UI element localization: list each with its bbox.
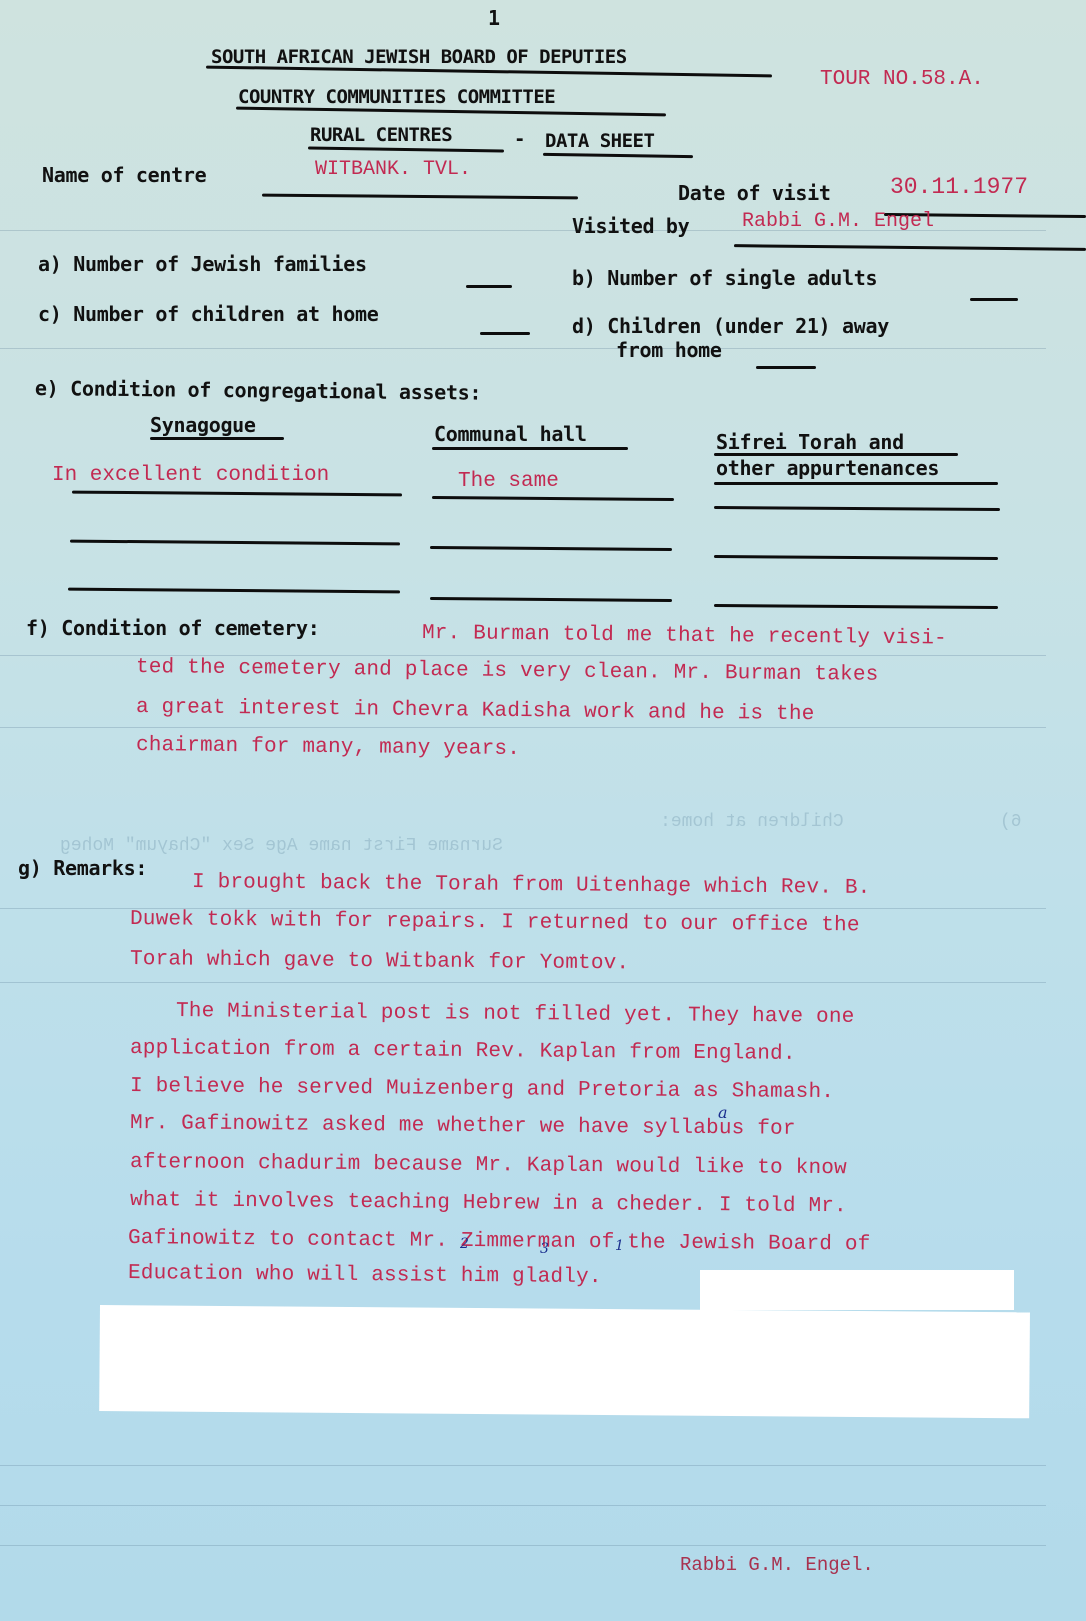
synagogue-line-2[interactable] <box>70 540 400 546</box>
children-home-label: c) Number of children at home <box>38 302 379 326</box>
redaction-block-top <box>700 1270 1014 1310</box>
page-number: 1 <box>488 6 500 30</box>
centre-label: Name of centre <box>42 163 206 187</box>
sheet-title-right-underline <box>543 153 693 158</box>
remarks-p2-line-5: afternoon chadurim because Mr. Kaplan wo… <box>130 1151 847 1180</box>
synagogue-line-3[interactable] <box>68 588 400 594</box>
sifrei-torah-line-3[interactable] <box>714 604 998 609</box>
faint-rule <box>0 1545 1046 1546</box>
committee-title: COUNTRY COMMUNITIES COMMITTEE <box>238 86 555 108</box>
remarks-p2-line-4: Mr. Gafinowitz asked me whether we have … <box>130 1112 796 1141</box>
children-away-label: d) Children (under 21) away <box>572 314 889 338</box>
children-home-field[interactable] <box>480 332 530 335</box>
centre-value[interactable]: WITBANK. TVL. <box>315 158 471 181</box>
faint-rule <box>0 982 1046 983</box>
org-title: SOUTH AFRICAN JEWISH BOARD OF DEPUTIES <box>211 46 627 68</box>
children-away-field[interactable] <box>756 366 816 369</box>
date-of-visit-label: Date of visit <box>678 181 831 205</box>
committee-underline <box>236 107 666 117</box>
remarks-p1-line-3: Torah which gave to Witbank for Yomtov. <box>130 948 629 975</box>
cemetery-line-2: ted the cemetery and place is very clean… <box>136 656 879 687</box>
remarks-p2-line-2: application from a certain Rev. Kaplan f… <box>130 1037 796 1066</box>
remarks-p1-line-1: I brought back the Torah from Uitenhage … <box>192 871 871 900</box>
synagogue-line-1[interactable] <box>72 491 402 497</box>
single-adults-label: b) Number of single adults <box>572 266 877 290</box>
communal-hall-header-underline <box>432 447 628 450</box>
cemetery-label: f) Condition of cemetery: <box>26 616 320 640</box>
sifrei-torah-line-2[interactable] <box>714 555 998 560</box>
faint-rule <box>0 348 1046 349</box>
sheet-title-left-underline <box>308 146 504 152</box>
faint-rule <box>0 1465 1046 1466</box>
handwritten-insert-a: a <box>718 1103 728 1122</box>
cemetery-line-3: a great interest in Chevra Kadisha work … <box>136 696 815 726</box>
centre-underline <box>262 194 578 200</box>
sifrei-torah-header-underline-2 <box>714 482 998 485</box>
sheet-title-left: RURAL CENTRES <box>310 124 452 146</box>
assets-col-communal-hall-header: Communal hall <box>434 422 587 446</box>
bleed-through-line2: Surname First name Age Sex "Chayum" Mohe… <box>60 836 503 856</box>
sheet-title-sep: - <box>514 128 525 150</box>
communal-hall-line-3[interactable] <box>430 597 672 602</box>
jewish-families-label: a) Number of Jewish families <box>38 252 367 276</box>
children-away-label-line2: from home <box>616 338 722 362</box>
visited-by-underline <box>734 244 1086 251</box>
handwritten-mark-2: 2 <box>460 1236 469 1252</box>
sifrei-torah-line-1[interactable] <box>714 506 1000 511</box>
bleed-through-line1: Children at home: <box>660 812 844 832</box>
remarks-p2-line-7: Gafinowitz to contact Mr. Zimmerman of t… <box>128 1227 871 1256</box>
redaction-block-main <box>99 1305 1030 1418</box>
faint-rule <box>0 1505 1046 1506</box>
remarks-p2-line-8: Education who will assist him gladly. <box>128 1262 602 1289</box>
remarks-p1-line-2: Duwek tokk with for repairs. I returned … <box>130 908 860 937</box>
tour-number: TOUR NO.58.A. <box>820 68 984 91</box>
date-of-visit-value[interactable]: 30.11.1977 <box>890 174 1028 200</box>
communal-hall-condition-value[interactable]: The same <box>458 470 559 493</box>
visited-by-value[interactable]: Rabbi G.M. Engel <box>742 210 934 233</box>
jewish-families-field[interactable] <box>466 285 512 288</box>
assets-label: e) Condition of congregational assets: <box>35 376 481 405</box>
handwritten-mark-1: 1 <box>615 1238 624 1254</box>
bleed-through-marker: 6) <box>1000 812 1022 832</box>
remarks-label: g) Remarks: <box>18 856 147 880</box>
communal-hall-line-1[interactable] <box>432 496 674 501</box>
single-adults-field[interactable] <box>970 298 1018 301</box>
synagogue-condition-value[interactable]: In excellent condition <box>52 464 329 487</box>
assets-col-sifrei-torah-header-line2: other appurtenances <box>716 456 939 480</box>
remarks-p2-line-3: I believe he served Muizenberg and Preto… <box>130 1075 834 1104</box>
assets-col-sifrei-torah-header: Sifrei Torah and <box>716 430 904 454</box>
synagogue-header-underline <box>150 437 284 440</box>
communal-hall-line-2[interactable] <box>430 546 672 551</box>
remarks-p2-line-6: what it involves teaching Hebrew in a ch… <box>130 1189 847 1218</box>
faint-rule <box>0 727 1046 728</box>
assets-col-synagogue-header: Synagogue <box>150 413 256 437</box>
visited-by-label: Visited by <box>572 214 689 238</box>
sheet-title-right: DATA SHEET <box>545 130 654 152</box>
handwritten-mark-3: 3 <box>540 1241 549 1257</box>
cemetery-line-4: chairman for many, many years. <box>136 734 520 761</box>
signature: Rabbi G.M. Engel. <box>680 1554 874 1576</box>
remarks-p2-line-1: The Ministerial post is not filled yet. … <box>176 1000 855 1029</box>
cemetery-line-1: Mr. Burman told me that he recently visi… <box>422 622 947 650</box>
